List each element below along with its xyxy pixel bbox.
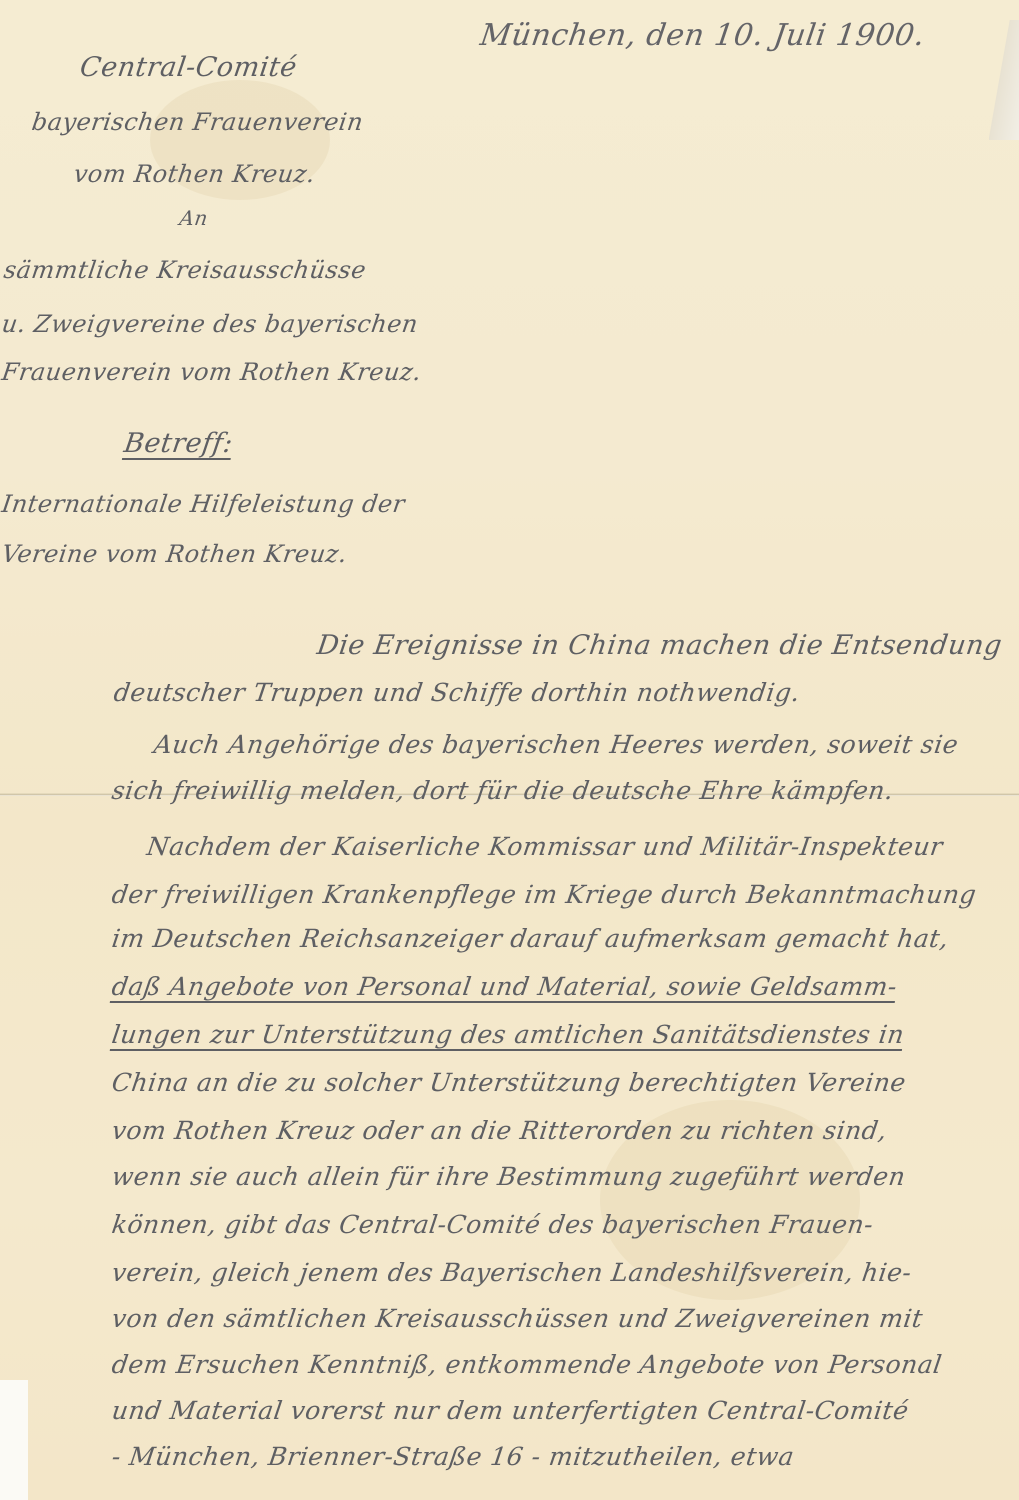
- body-line-13: können, gibt das Central-Comité des baye…: [110, 1210, 875, 1239]
- paper-corner-fold: [989, 20, 1019, 140]
- sender-line-3: vom Rothen Kreuz.: [72, 160, 317, 188]
- recipient-line-2: u. Zweigvereine des bayerischen: [0, 310, 420, 338]
- body-line-8: daß Angebote von Personal und Material, …: [110, 972, 899, 1001]
- body-line-17: und Material vorerst nur dem unterfertig…: [110, 1396, 911, 1425]
- body-line-16: dem Ersuchen Kenntniß, entkommende Angeb…: [110, 1350, 944, 1379]
- sender-line-2: bayerischen Frauenverein: [30, 108, 365, 136]
- body-line-2: deutscher Truppen und Schiffe dorthin no…: [112, 678, 802, 707]
- body-line-1: Die Ereignisse in China machen die Entse…: [315, 630, 1004, 661]
- sender-line-1: Central-Comité: [78, 52, 299, 83]
- recipient-line-1: sämmtliche Kreisausschüsse: [2, 256, 368, 284]
- body-line-15: von den sämtlichen Kreisausschüssen und …: [110, 1304, 925, 1333]
- body-line-3: Auch Angehörige des bayerischen Heeres w…: [152, 730, 960, 759]
- body-line-10: China an die zu solcher Unterstützung be…: [110, 1068, 908, 1097]
- body-line-6: der freiwilligen Krankenpflege im Kriege…: [110, 880, 978, 909]
- body-line-7: im Deutschen Reichsanzeiger darauf aufme…: [110, 924, 951, 953]
- recipient-line-3: Frauenverein vom Rothen Kreuz.: [0, 358, 423, 386]
- subject-line-2: Vereine vom Rothen Kreuz.: [0, 540, 349, 568]
- letter-page: München, den 10. Juli 1900. Central-Comi…: [0, 0, 1019, 1500]
- subject-line-1: Internationale Hilfeleistung der: [0, 490, 407, 518]
- recipient-prefix: An: [178, 206, 210, 230]
- torn-paper-edge: [0, 1380, 28, 1500]
- body-line-18: - München, Brienner-Straße 16 - mitzuthe…: [110, 1442, 796, 1471]
- body-line-11: vom Rothen Kreuz oder an die Ritterorden…: [110, 1116, 889, 1145]
- body-line-4: sich freiwillig melden, dort für die deu…: [110, 776, 896, 805]
- body-line-9: lungen zur Unterstützung des amtlichen S…: [110, 1020, 906, 1049]
- body-line-12: wenn sie auch allein für ihre Bestimmung…: [110, 1162, 907, 1191]
- subject-label: Betreff:: [122, 428, 235, 459]
- dateline: München, den 10. Juli 1900.: [478, 18, 927, 53]
- body-line-14: verein, gleich jenem des Bayerischen Lan…: [110, 1258, 914, 1287]
- body-line-5: Nachdem der Kaiserliche Kommissar und Mi…: [145, 832, 945, 861]
